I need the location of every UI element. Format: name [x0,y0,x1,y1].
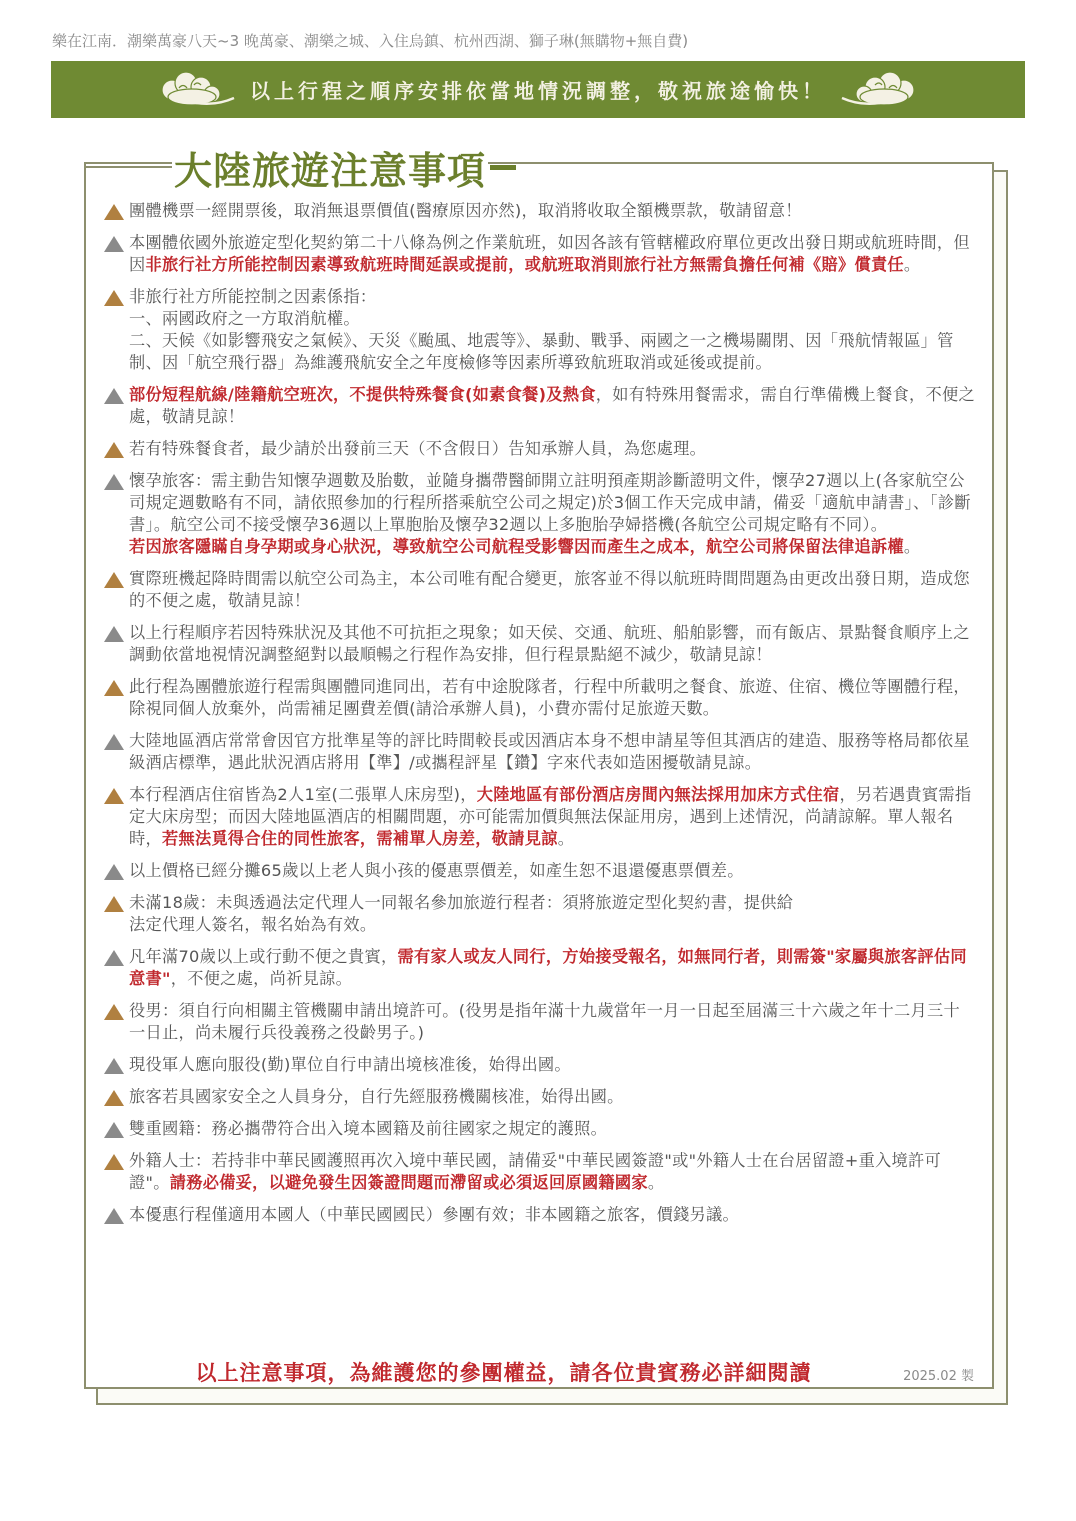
notice-item-text: 本行程酒店住宿皆為2人1室(二張單人床房型)，大陸地區有部份酒店房間內無法採用加… [129,784,976,850]
triangle-bullet-icon [104,1122,124,1138]
notice-item: 以上行程順序若因特殊狀況及其他不可抗拒之現象；如天侯、交通、航班、船舶影響，而有… [104,622,976,666]
body-text: 以上行程順序若因特殊狀況及其他不可抗拒之現象；如天侯、交通、航班、船舶影響，而有… [129,623,970,664]
notice-item: 若有特殊餐食者，最少請於出發前三天（不含假日）告知承辦人員，為您處理。 [104,438,976,460]
footer-date: 2025.02 製 [903,1365,974,1384]
triangle-bullet-icon [104,896,124,912]
body-text: 團體機票一經開票後，取消無退票價值(醫療原因亦然)，取消將收取全額機票款，敬請留… [129,201,802,220]
body-text: 。 [648,1173,665,1192]
body-text: 旅客若具國家安全之人員身分，自行先經服務機關核准，始得出國。 [129,1087,624,1106]
triangle-bullet-icon [104,1208,124,1224]
triangle-bullet-icon [104,626,124,642]
triangle-bullet-icon [104,388,124,404]
triangle-bullet-icon [104,236,124,252]
notice-title: 大陸旅遊注意事項 [172,140,488,195]
notice-item-text: 實際班機起降時間需以航空公司為主，本公司唯有配合變更，旅客並不得以航班時間問題為… [129,568,976,612]
highlight-text: 請務必備妥，以避免發生因簽證問題而滯留或必須返回原國籍國家 [170,1173,648,1192]
notice-item: 外籍人士：若持非中華民國護照再次入境中華民國，請備妥"中華民國簽證"或"外籍人士… [104,1150,976,1194]
notice-item-text: 本團體依國外旅遊定型化契約第二十八條為例之作業航班，如因各該有管轄權政府單位更改… [129,232,976,276]
body-text: 本行程酒店住宿皆為2人1室(二張單人床房型)， [129,785,477,804]
body-text: 凡年滿70歲以上或行動不便之貴賓， [129,947,398,966]
body-text: 未滿18歲：未與透過法定代理人一同報名參加旅遊行程者：須將旅遊定型化契約書，提供… [129,892,793,914]
notice-footer: 以上注意事項，為維護您的參團權益，請各位貴賓務必詳細閱讀 2025.02 製 [104,1357,976,1387]
notice-item: 團體機票一經開票後，取消無退票價值(醫療原因亦然)，取消將收取全額機票款，敬請留… [104,200,976,222]
footer-message: 以上注意事項，為維護您的參團權益，請各位貴賓務必詳細閱讀 [104,1357,903,1387]
notice-item: 非旅行社方所能控制之因素係指：一、兩國政府之一方取消航權。二、天候《如影響飛安之… [104,286,976,374]
triangle-bullet-icon [104,1090,124,1106]
body-text: 雙重國籍：務必攜帶符合出入境本國籍及前往國家之規定的護照。 [129,1119,607,1138]
notice-item: 本優惠行程僅適用本國人（中華民國國民）參團有效；非本國籍之旅客，價錢另議。 [104,1204,976,1226]
body-text: 。 [904,537,921,556]
notice-item-text: 本優惠行程僅適用本國人（中華民國國民）參團有效；非本國籍之旅客，價錢另議。 [129,1204,739,1226]
body-text: 本優惠行程僅適用本國人（中華民國國民）參團有效；非本國籍之旅客，價錢另議。 [129,1205,739,1224]
notice-list: 團體機票一經開票後，取消無退票價值(醫療原因亦然)，取消將收取全額機票款，敬請留… [104,200,976,1236]
notice-item-text: 以上價格已經分攤65歲以上老人與小孩的優惠票價差，如產生恕不退還優惠票價差。 [129,860,744,882]
notice-item: 此行程為團體旅遊行程需與團體同進同出，若有中途脫隊者，行程中所載明之餐食、旅遊、… [104,676,976,720]
highlight-text: 非旅行社方所能控制因素導致航班時間延誤或提前，或航班取消則旅行社方無需負擔任何補… [146,255,904,274]
notice-item: 役男：須自行向相關主管機關申請出境許可。(役男是指年滿十九歲當年一月一日起至屆滿… [104,1000,976,1044]
notice-item: 雙重國籍：務必攜帶符合出入境本國籍及前往國家之規定的護照。 [104,1118,976,1140]
triangle-bullet-icon [104,734,124,750]
highlight-text: 若無法覓得合住的同性旅客，需補單人房差，敬請見諒 [162,829,558,848]
notice-item-text: 以上行程順序若因特殊狀況及其他不可抗拒之現象；如天侯、交通、航班、船舶影響，而有… [129,622,976,666]
cloud-icon [838,70,922,110]
notice-item-text: 此行程為團體旅遊行程需與團體同進同出，若有中途脫隊者，行程中所載明之餐食、旅遊、… [129,676,976,720]
notice-item: 未滿18歲：未與透過法定代理人一同報名參加旅遊行程者：須將旅遊定型化契約書，提供… [104,892,976,936]
triangle-bullet-icon [104,864,124,880]
body-text: ，不便之處，尚祈見諒。 [171,969,352,988]
notice-item-text: 未滿18歲：未與透過法定代理人一同報名參加旅遊行程者：須將旅遊定型化契約書，提供… [129,892,793,936]
notice-item-text: 旅客若具國家安全之人員身分，自行先經服務機關核准，始得出國。 [129,1086,624,1108]
body-text: 現役軍人應向服役(勤)單位自行申請出境核准後，始得出國。 [129,1055,571,1074]
notice-item: 本團體依國外旅遊定型化契約第二十八條為例之作業航班，如因各該有管轄權政府單位更改… [104,232,976,276]
title-rule-left [84,166,172,168]
page-title: 樂在江南．潮樂萬豪八天~3 晚萬豪、潮樂之城、入住烏鎮、杭州西湖、獅子琳(無購物… [52,30,688,51]
body-text: 大陸地區酒店常常會因官方批準星等的評比時間較長或因酒店本身不想申請星等但其酒店的… [129,731,970,772]
triangle-bullet-icon [104,1004,124,1020]
triangle-bullet-icon [104,950,124,966]
notice-item: 實際班機起降時間需以航空公司為主，本公司唯有配合變更，旅客並不得以航班時間問題為… [104,568,976,612]
notice-item-text: 懷孕旅客：需主動告知懷孕週數及胎數，並隨身攜帶醫師開立註明預產期診斷證明文件，懷… [129,470,976,558]
triangle-bullet-icon [104,290,124,306]
highlight-text: 若因旅客隱瞞自身孕期或身心狀況，導致航空公司航程受影響因而產生之成本，航空公司將… [129,537,904,556]
highlight-text: 部份短程航線/陸籍航空班次，不提供特殊餐食(如素食餐)及熱食 [129,385,596,404]
notice-item: 凡年滿70歲以上或行動不便之貴賓，需有家人或友人同行，方始接受報名，如無同行者，… [104,946,976,990]
notice-item: 部份短程航線/陸籍航空班次，不提供特殊餐食(如素食餐)及熱食，如有特殊用餐需求，… [104,384,976,428]
notice-item-text: 現役軍人應向服役(勤)單位自行申請出境核准後，始得出國。 [129,1054,571,1076]
notice-item: 以上價格已經分攤65歲以上老人與小孩的優惠票價差，如產生恕不退還優惠票價差。 [104,860,976,882]
notice-item: 本行程酒店住宿皆為2人1室(二張單人床房型)，大陸地區有部份酒店房間內無法採用加… [104,784,976,850]
cloud-icon [154,70,238,110]
body-text: 。 [904,255,921,274]
notice-item: 現役軍人應向服役(勤)單位自行申請出境核准後，始得出國。 [104,1054,976,1076]
triangle-bullet-icon [104,788,124,804]
body-text: 實際班機起降時間需以航空公司為主，本公司唯有配合變更，旅客並不得以航班時間問題為… [129,569,970,610]
notice-item-text: 凡年滿70歲以上或行動不便之貴賓，需有家人或友人同行，方始接受報名，如無同行者，… [129,946,976,990]
body-text: 非旅行社方所能控制之因素係指： [129,286,976,308]
notice-title-bar: 大陸旅遊注意事項 [84,142,516,192]
notice-item-text: 團體機票一經開票後，取消無退票價值(醫療原因亦然)，取消將收取全額機票款，敬請留… [129,200,802,222]
notice-item: 懷孕旅客：需主動告知懷孕週數及胎數，並隨身攜帶醫師開立註明預產期診斷證明文件，懷… [104,470,976,558]
body-text: 二、天候《如影響飛安之氣候》、天災《颱風、地震等》、暴動、戰爭、兩國之一之機場關… [129,330,976,374]
notice-item-text: 雙重國籍：務必攜帶符合出入境本國籍及前往國家之規定的護照。 [129,1118,607,1140]
triangle-bullet-icon [104,204,124,220]
triangle-bullet-icon [104,1154,124,1170]
body-text: 。 [558,829,575,848]
triangle-bullet-icon [104,474,124,490]
triangle-bullet-icon [104,1058,124,1074]
body-text: 此行程為團體旅遊行程需與團體同進同出，若有中途脫隊者，行程中所載明之餐食、旅遊、… [129,677,970,718]
body-text: 役男：須自行向相關主管機關申請出境許可。(役男是指年滿十九歲當年一月一日起至屆滿… [129,1001,960,1042]
body-text: 法定代理人簽名，報名始為有效。 [129,914,793,936]
title-rule-right [490,165,516,170]
notice-item: 旅客若具國家安全之人員身分，自行先經服務機關核准，始得出國。 [104,1086,976,1108]
notice-item-text: 外籍人士：若持非中華民國護照再次入境中華民國，請備妥"中華民國簽證"或"外籍人士… [129,1150,976,1194]
itinerary-banner: 以上行程之順序安排依當地情況調整，敬祝旅途愉快！ [51,61,1025,118]
notice-item-text: 非旅行社方所能控制之因素係指：一、兩國政府之一方取消航權。二、天候《如影響飛安之… [129,286,976,374]
triangle-bullet-icon [104,442,124,458]
body-text: 一、兩國政府之一方取消航權。 [129,308,976,330]
notice-item-text: 役男：須自行向相關主管機關申請出境許可。(役男是指年滿十九歲當年一月一日起至屆滿… [129,1000,976,1044]
body-text: 懷孕旅客：需主動告知懷孕週數及胎數，並隨身攜帶醫師開立註明預產期診斷證明文件，懷… [129,470,976,536]
triangle-bullet-icon [104,680,124,696]
triangle-bullet-icon [104,572,124,588]
notice-item-text: 大陸地區酒店常常會因官方批準星等的評比時間較長或因酒店本身不想申請星等但其酒店的… [129,730,976,774]
notice-item-text: 若有特殊餐食者，最少請於出發前三天（不含假日）告知承辦人員，為您處理。 [129,438,706,460]
notice-item: 大陸地區酒店常常會因官方批準星等的評比時間較長或因酒店本身不想申請星等但其酒店的… [104,730,976,774]
body-text: 若有特殊餐食者，最少請於出發前三天（不含假日）告知承辦人員，為您處理。 [129,439,706,458]
banner-text: 以上行程之順序安排依當地情況調整，敬祝旅途愉快！ [250,75,826,104]
body-text: 以上價格已經分攤65歲以上老人與小孩的優惠票價差，如產生恕不退還優惠票價差。 [129,861,744,880]
notice-item-text: 部份短程航線/陸籍航空班次，不提供特殊餐食(如素食餐)及熱食，如有特殊用餐需求，… [129,384,976,428]
highlight-text: 大陸地區有部份酒店房間內無法採用加床方式住宿 [477,785,840,804]
